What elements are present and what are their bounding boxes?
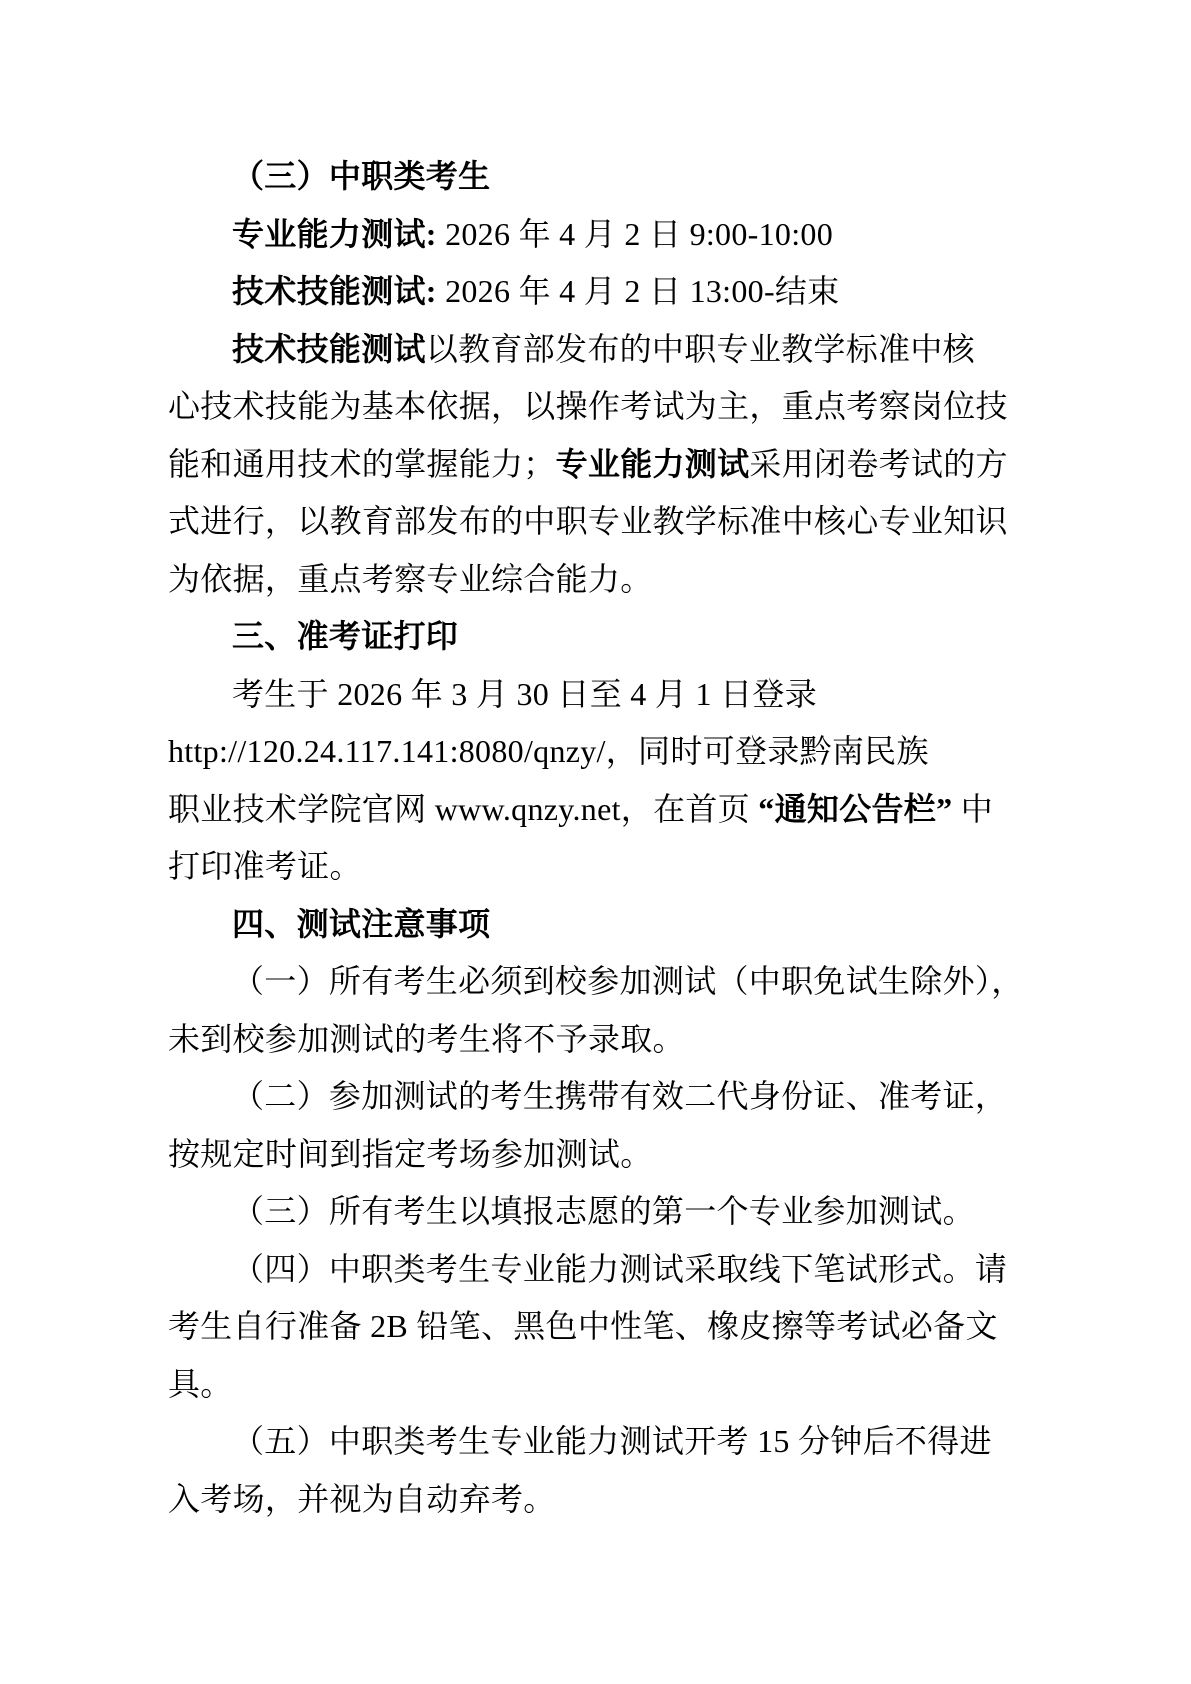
text-run: 打印准考证。 [168, 848, 362, 884]
text-run: 采用闭卷考试的方 [749, 446, 1007, 482]
section-heading-test-notes: 四、测试注意事项 [168, 896, 1010, 954]
text-run: 以教育部发布的中职专业教学标准中核 [426, 331, 975, 367]
bold-text-run: 四、测试注意事项 [232, 906, 490, 942]
body-line: 打印准考证。 [168, 838, 1010, 896]
body-line: （二）参加测试的考生携带有效二代身份证、准考证， [168, 1068, 1010, 1126]
body-line: 能和通用技术的掌握能力；专业能力测试采用闭卷考试的方 [168, 436, 1010, 494]
text-run: （三）所有考生以填报志愿的第一个专业参加测试。 [232, 1193, 975, 1229]
body-line: 按规定时间到指定考场参加测试。 [168, 1126, 1010, 1184]
text-run: （五）中职类考生专业能力测试开考 15 分钟后不得进 [232, 1423, 992, 1459]
text-run: 式进行，以教育部发布的中职专业教学标准中核心专业知识 [168, 503, 1008, 539]
document-body: （三）中职类考生专业能力测试: 2026 年 4 月 2 日 9:00-10:0… [168, 148, 1010, 1528]
body-line: 为依据，重点考察专业综合能力。 [168, 551, 1010, 609]
text-run: 2026 年 4 月 2 日 13:00-结束 [437, 273, 840, 309]
body-line: （五）中职类考生专业能力测试开考 15 分钟后不得进 [168, 1413, 1010, 1471]
body-line: 职业技术学院官网 www.qnzy.net，在首页 “通知公告栏” 中 [168, 781, 1010, 839]
text-run: http://120.24.117.141:8080/qnzy/，同时可登录黔南… [168, 733, 929, 769]
text-run: （二）参加测试的考生携带有效二代身份证、准考证， [232, 1078, 1007, 1114]
text-run: 考生于 2026 年 3 月 30 日至 4 月 1 日登录 [232, 676, 817, 712]
body-line: （三）所有考生以填报志愿的第一个专业参加测试。 [168, 1183, 1010, 1241]
text-run: 中 [952, 791, 993, 827]
text-run: 职业技术学院官网 www.qnzy.net，在首页 [168, 791, 758, 827]
bold-text-run: 三、准考证打印 [232, 618, 458, 654]
body-line: 心技术技能为基本依据，以操作考试为主，重点考察岗位技 [168, 378, 1010, 436]
subsection-heading-zhongzhi-candidates: （三）中职类考生 [168, 148, 1010, 206]
body-line: 考生自行准备 2B 铅笔、黑色中性笔、橡皮擦等考试必备文 [168, 1298, 1010, 1356]
body-line: 技术技能测试以教育部发布的中职专业教学标准中核 [168, 321, 1010, 379]
text-run: 考生自行准备 2B 铅笔、黑色中性笔、橡皮擦等考试必备文 [168, 1308, 998, 1344]
text-run: 具。 [168, 1366, 233, 1402]
body-line: 考生于 2026 年 3 月 30 日至 4 月 1 日登录 [168, 666, 1010, 724]
text-run: 为依据，重点考察专业综合能力。 [168, 561, 653, 597]
bold-text-run: （三）中职类考生 [232, 158, 490, 194]
schedule-technical-skill-test: 技术技能测试: 2026 年 4 月 2 日 13:00-结束 [168, 263, 1010, 321]
schedule-professional-ability-test: 专业能力测试: 2026 年 4 月 2 日 9:00-10:00 [168, 206, 1010, 264]
bold-text-run: 专业能力测试: [232, 216, 437, 252]
body-line: 未到校参加测试的考生将不予录取。 [168, 1011, 1010, 1069]
section-heading-admission-ticket-printing: 三、准考证打印 [168, 608, 1010, 666]
body-line: 式进行，以教育部发布的中职专业教学标准中核心专业知识 [168, 493, 1010, 551]
text-run: 入考场，并视为自动弃考。 [168, 1481, 556, 1517]
text-run: 心技术技能为基本依据，以操作考试为主，重点考察岗位技 [168, 388, 1008, 424]
bold-text-run: 专业能力测试 [556, 446, 750, 482]
url-line: http://120.24.117.141:8080/qnzy/，同时可登录黔南… [168, 723, 1010, 781]
bold-text-run: 技术技能测试 [232, 331, 426, 367]
bold-text-run: “通知公告栏” [758, 791, 952, 827]
body-line: 具。 [168, 1356, 1010, 1414]
text-run: 按规定时间到指定考场参加测试。 [168, 1136, 653, 1172]
text-run: 能和通用技术的掌握能力； [168, 446, 556, 482]
body-line: 入考场，并视为自动弃考。 [168, 1471, 1010, 1529]
body-line: （一）所有考生必须到校参加测试（中职免试生除外）， [168, 953, 1010, 1011]
document-page: （三）中职类考生专业能力测试: 2026 年 4 月 2 日 9:00-10:0… [0, 0, 1191, 1684]
text-run: 2026 年 4 月 2 日 9:00-10:00 [437, 216, 833, 252]
body-line: （四）中职类考生专业能力测试采取线下笔试形式。请 [168, 1241, 1010, 1299]
text-run: （四）中职类考生专业能力测试采取线下笔试形式。请 [232, 1251, 1007, 1287]
text-run: （一）所有考生必须到校参加测试（中职免试生除外）， [232, 963, 1024, 999]
bold-text-run: 技术技能测试: [232, 273, 437, 309]
text-run: 未到校参加测试的考生将不予录取。 [168, 1021, 685, 1057]
